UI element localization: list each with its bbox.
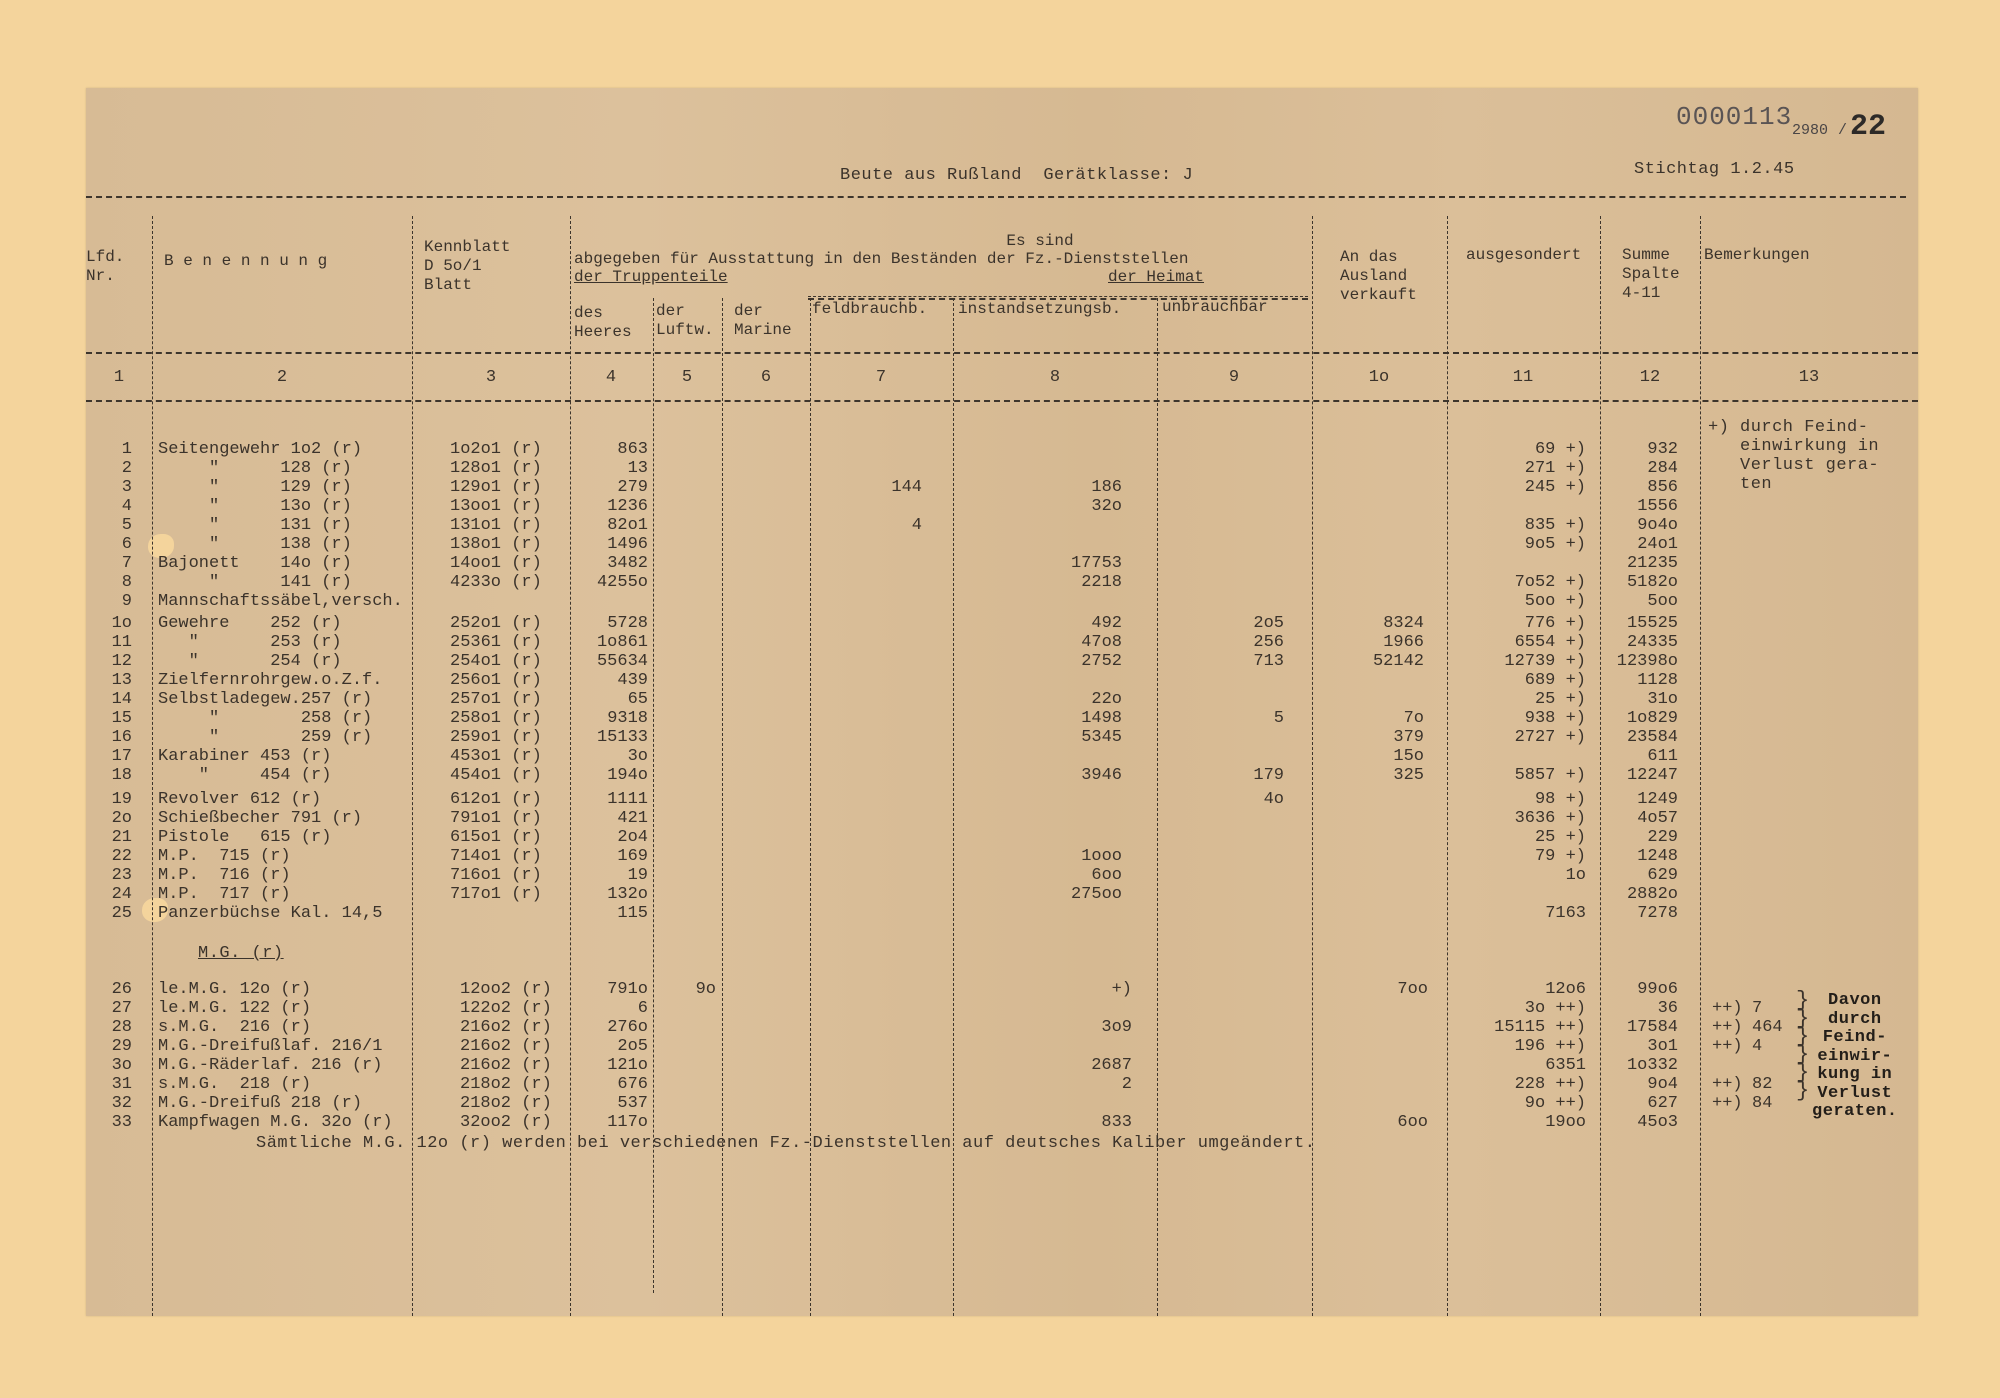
- qty-heeres: 6: [572, 999, 648, 1018]
- qty-heeres: 791o: [572, 980, 648, 999]
- row-number: 3o: [92, 1056, 132, 1075]
- qty-ausgesondert: 835 +): [1450, 516, 1586, 535]
- header-summe: Summe Spalte 4-11: [1622, 246, 1680, 303]
- column-number: 5: [657, 368, 717, 387]
- qty-ausgesondert: 228 ++): [1450, 1075, 1586, 1094]
- row-number: 31: [92, 1075, 132, 1094]
- item-name: Seitengewehr 1o2 (r): [158, 440, 362, 459]
- item-name: " 138 (r): [158, 535, 352, 554]
- row-number: 8: [92, 573, 132, 592]
- qty-unbrauchbar: 4o: [1160, 790, 1284, 809]
- qty-ausgesondert: 689 +): [1450, 671, 1586, 690]
- col-divider: [810, 298, 811, 1316]
- header-ausgesondert: ausgesondert: [1466, 246, 1581, 265]
- qty-ausgesondert: 79 +): [1450, 847, 1586, 866]
- qty-summe: 21235: [1602, 554, 1678, 573]
- row-number: 1: [92, 440, 132, 459]
- qty-instandsetzung: 275oo: [956, 885, 1122, 904]
- qty-heeres: 169: [572, 847, 648, 866]
- row-number: 23: [92, 866, 132, 885]
- qty-summe: 17584: [1602, 1018, 1678, 1037]
- row-number: 15: [92, 709, 132, 728]
- qty-heeres: 1496: [572, 535, 648, 554]
- remark-single-plus-text: durch Feind- einwirkung in Verlust gera-…: [1740, 418, 1879, 494]
- qty-instandsetzung: 492: [956, 614, 1122, 633]
- sheet-reference: 2980: [1792, 122, 1828, 139]
- qty-heeres: 4255o: [572, 573, 648, 592]
- qty-instandsetzung: 17753: [956, 554, 1122, 573]
- qty-summe: 23584: [1602, 728, 1678, 747]
- column-number: 13: [1779, 368, 1839, 387]
- kennblatt-ref: 12oo2 (r): [460, 980, 552, 999]
- qty-luftwaffe: 9o: [656, 980, 716, 999]
- qty-heeres: 117o: [572, 1113, 648, 1132]
- qty-instandsetzung: 2218: [956, 573, 1122, 592]
- qty-instandsetzung: 47o8: [956, 633, 1122, 652]
- qty-ausgesondert: 9o ++): [1450, 1094, 1586, 1113]
- qty-ausgesondert: 776 +): [1450, 614, 1586, 633]
- row-number: 9: [92, 592, 132, 611]
- qty-instandsetzung: 3o9: [956, 1018, 1132, 1037]
- header-group-title: Es sind: [900, 232, 1180, 251]
- remark-count: 84: [1752, 1094, 1772, 1113]
- item-name: Mannschaftssäbel,versch.: [158, 592, 403, 611]
- remark-brace: } } } } } }: [1796, 992, 1809, 1100]
- qty-ausland: 52142: [1314, 652, 1424, 671]
- qty-summe: 3o1: [1602, 1037, 1678, 1056]
- qty-instandsetzung: 1ooo: [956, 847, 1122, 866]
- qty-summe: 932: [1602, 440, 1678, 459]
- qty-ausgesondert: 7163: [1450, 904, 1586, 923]
- row-number: 27: [92, 999, 132, 1018]
- qty-ausgesondert: 938 +): [1450, 709, 1586, 728]
- remark-marker: ++): [1712, 999, 1743, 1018]
- qty-heeres: 1236: [572, 497, 648, 516]
- qty-instandsetzung: 833: [956, 1113, 1132, 1132]
- header-heeres: des Heeres: [574, 304, 632, 342]
- column-number: 1: [89, 368, 149, 387]
- remark-count: 464: [1752, 1018, 1783, 1037]
- qty-summe: 5182o: [1602, 573, 1678, 592]
- qty-ausland: 325: [1314, 766, 1424, 785]
- header-instandsetzung: instandsetzungsb.: [958, 300, 1121, 319]
- qty-heeres: 3o: [572, 747, 648, 766]
- qty-ausland: 7o: [1314, 709, 1424, 728]
- kennblatt-ref: 14oo1 (r): [450, 554, 542, 573]
- kennblatt-ref: 25361 (r): [450, 633, 542, 652]
- qty-instandsetzung: 1498: [956, 709, 1122, 728]
- item-name: Panzerbüchse Kal. 14,5: [158, 904, 382, 923]
- item-name: Pistole 615 (r): [158, 828, 331, 847]
- header-bemerkungen: Bemerkungen: [1704, 246, 1810, 265]
- qty-ausgesondert: 9o5 +): [1450, 535, 1586, 554]
- row-number: 21: [92, 828, 132, 847]
- qty-ausgesondert: 2727 +): [1450, 728, 1586, 747]
- row-number: 11: [92, 633, 132, 652]
- row-number: 22: [92, 847, 132, 866]
- rule-numbers-bottom: [86, 400, 1918, 402]
- item-name: M.P. 717 (r): [158, 885, 291, 904]
- col-divider: [1157, 298, 1158, 1316]
- qty-ausgesondert: 12739 +): [1450, 652, 1586, 671]
- kennblatt-ref: 131o1 (r): [450, 516, 542, 535]
- qty-summe: 12247: [1602, 766, 1678, 785]
- qty-summe: 9o4o: [1602, 516, 1678, 535]
- qty-heeres: 13: [572, 459, 648, 478]
- qty-instandsetzung: 3946: [956, 766, 1122, 785]
- row-number: 18: [92, 766, 132, 785]
- col-divider: [953, 298, 954, 1316]
- qty-ausland: 379: [1314, 728, 1424, 747]
- qty-heeres: 1o861: [572, 633, 648, 652]
- qty-heeres: 279: [572, 478, 648, 497]
- remark-count: 4: [1752, 1037, 1762, 1056]
- qty-ausgesondert: 3636 +): [1450, 809, 1586, 828]
- qty-ausgesondert: 271 +): [1450, 459, 1586, 478]
- sheet-slash: /: [1838, 122, 1847, 139]
- qty-summe: 31o: [1602, 690, 1678, 709]
- row-number: 26: [92, 980, 132, 999]
- qty-unbrauchbar: 713: [1160, 652, 1284, 671]
- qty-instandsetzung: 32o: [956, 497, 1122, 516]
- kennblatt-ref: 254o1 (r): [450, 652, 542, 671]
- item-name: " 454 (r): [158, 766, 331, 785]
- column-number: 3: [461, 368, 521, 387]
- column-number: 12: [1620, 368, 1680, 387]
- qty-summe: 7278: [1602, 904, 1678, 923]
- qty-ausgesondert: 15115 ++): [1450, 1018, 1586, 1037]
- kennblatt-ref: 129o1 (r): [450, 478, 542, 497]
- qty-heeres: 421: [572, 809, 648, 828]
- row-number: 1o: [92, 614, 132, 633]
- kennblatt-ref: 122o2 (r): [460, 999, 552, 1018]
- qty-ausgesondert: 3o ++): [1450, 999, 1586, 1018]
- header-ausland: An das Ausland verkauft: [1340, 248, 1417, 305]
- row-number: 2o: [92, 809, 132, 828]
- qty-heeres: 65: [572, 690, 648, 709]
- kennblatt-ref: 791o1 (r): [450, 809, 542, 828]
- item-name: " 129 (r): [158, 478, 352, 497]
- rule-header-bottom: [86, 352, 1918, 354]
- item-name: M.G.-Räderlaf. 216 (r): [158, 1056, 382, 1075]
- remark-count: 7: [1752, 999, 1762, 1018]
- header-kennblatt: Kennblatt D 5o/1 Blatt: [424, 238, 510, 295]
- remark-marker: ++): [1712, 1037, 1743, 1056]
- remark-double-plus-text: Davon durch Feind- einwir- kung in Verlu…: [1812, 992, 1898, 1122]
- qty-heeres: 121o: [572, 1056, 648, 1075]
- row-number: 29: [92, 1037, 132, 1056]
- item-name: M.P. 716 (r): [158, 866, 291, 885]
- row-number: 7: [92, 554, 132, 573]
- qty-heeres: 5728: [572, 614, 648, 633]
- qty-summe: 36: [1602, 999, 1678, 1018]
- qty-ausgesondert: 6351: [1450, 1056, 1586, 1075]
- item-name: " 13o (r): [158, 497, 352, 516]
- row-number: 28: [92, 1018, 132, 1037]
- kennblatt-ref: 218o2 (r): [460, 1094, 552, 1113]
- qty-heeres: 439: [572, 671, 648, 690]
- column-number: 6: [736, 368, 796, 387]
- row-number: 5: [92, 516, 132, 535]
- item-name: " 141 (r): [158, 573, 352, 592]
- kennblatt-ref: 259o1 (r): [450, 728, 542, 747]
- remark-count: 82: [1752, 1075, 1772, 1094]
- qty-summe: 627: [1602, 1094, 1678, 1113]
- qty-ausland: 15o: [1314, 747, 1424, 766]
- item-name: Revolver 612 (r): [158, 790, 321, 809]
- kennblatt-ref: 714o1 (r): [450, 847, 542, 866]
- qty-ausgesondert: 5857 +): [1450, 766, 1586, 785]
- qty-heeres: 15133: [572, 728, 648, 747]
- kennblatt-ref: 1o2o1 (r): [450, 440, 542, 459]
- item-name: Zielfernrohrgew.o.Z.f.: [158, 671, 382, 690]
- row-number: 25: [92, 904, 132, 923]
- qty-summe: 99o6: [1602, 980, 1678, 999]
- row-number: 4: [92, 497, 132, 516]
- column-number: 8: [1025, 368, 1085, 387]
- column-number: 1o: [1349, 368, 1409, 387]
- kennblatt-ref: 716o1 (r): [450, 866, 542, 885]
- col-divider: [1447, 216, 1448, 1316]
- row-number: 17: [92, 747, 132, 766]
- kennblatt-ref: 13oo1 (r): [450, 497, 542, 516]
- qty-summe: 284: [1602, 459, 1678, 478]
- kennblatt-ref: 453o1 (r): [450, 747, 542, 766]
- remark-single-plus-marker: +): [1708, 418, 1729, 437]
- qty-ausgesondert: 5oo +): [1450, 592, 1586, 611]
- qty-heeres: 115: [572, 904, 648, 923]
- qty-ausgesondert: 98 +): [1450, 790, 1586, 809]
- qty-summe: 2882o: [1602, 885, 1678, 904]
- qty-ausgesondert: 245 +): [1450, 478, 1586, 497]
- qty-summe: 629: [1602, 866, 1678, 885]
- item-name: " 131 (r): [158, 516, 352, 535]
- item-name: " 258 (r): [158, 709, 372, 728]
- row-number: 6: [92, 535, 132, 554]
- item-name: Selbstladegew.257 (r): [158, 690, 372, 709]
- item-name: Kampfwagen M.G. 32o (r): [158, 1113, 393, 1132]
- kennblatt-ref: 612o1 (r): [450, 790, 542, 809]
- row-number: 13: [92, 671, 132, 690]
- qty-unbrauchbar: 179: [1160, 766, 1284, 785]
- item-name: Karabiner 453 (r): [158, 747, 331, 766]
- qty-heeres: 676: [572, 1075, 648, 1094]
- rule-group-underline: [808, 296, 1308, 297]
- reference-date: Stichtag 1.2.45: [1634, 160, 1795, 179]
- item-name: M.G.-Dreifußlaf. 216/1: [158, 1037, 382, 1056]
- row-number: 32: [92, 1094, 132, 1113]
- qty-heeres: 132o: [572, 885, 648, 904]
- col-divider: [1700, 216, 1701, 1316]
- kennblatt-ref: 454o1 (r): [450, 766, 542, 785]
- column-number: 9: [1204, 368, 1264, 387]
- qty-ausland: 7oo: [1314, 980, 1428, 999]
- item-name: " 254 (r): [158, 652, 342, 671]
- header-lfd-nr: Lfd. Nr.: [86, 248, 124, 286]
- kennblatt-ref: 717o1 (r): [450, 885, 542, 904]
- qty-instandsetzung: 6oo: [956, 866, 1122, 885]
- header-marine: der Marine: [734, 302, 792, 340]
- item-name: s.M.G. 216 (r): [158, 1018, 311, 1037]
- header-unbrauchbar: unbrauchbar: [1162, 298, 1268, 317]
- qty-instandsetzung: 22o: [956, 690, 1122, 709]
- qty-unbrauchbar: 5: [1160, 709, 1284, 728]
- kennblatt-ref: 615o1 (r): [450, 828, 542, 847]
- col-divider: [722, 298, 723, 1316]
- column-number: 2: [252, 368, 312, 387]
- sheet-page-number: 22: [1850, 110, 1886, 144]
- qty-heeres: 9318: [572, 709, 648, 728]
- qty-heeres: 863: [572, 440, 648, 459]
- rule-top: [86, 196, 1906, 198]
- header-heimat: der Heimat: [1108, 268, 1204, 287]
- item-name: M.P. 715 (r): [158, 847, 291, 866]
- qty-summe: 229: [1602, 828, 1678, 847]
- row-number: 33: [92, 1113, 132, 1132]
- column-number: 11: [1493, 368, 1553, 387]
- row-number: 14: [92, 690, 132, 709]
- header-feldbrauchbar: feldbrauchb.: [812, 300, 927, 319]
- qty-instandsetzung: 2687: [956, 1056, 1132, 1075]
- kennblatt-ref: 4233o (r): [450, 573, 542, 592]
- qty-ausgesondert: 1o: [1450, 866, 1586, 885]
- kennblatt-ref: 252o1 (r): [450, 614, 542, 633]
- kennblatt-ref: 216o2 (r): [460, 1056, 552, 1075]
- qty-heeres: 537: [572, 1094, 648, 1113]
- qty-summe: 45o3: [1602, 1113, 1678, 1132]
- qty-summe: 856: [1602, 478, 1678, 497]
- row-number: 3: [92, 478, 132, 497]
- remark-marker: ++): [1712, 1018, 1743, 1037]
- item-name: " 259 (r): [158, 728, 372, 747]
- qty-ausgesondert: 7o52 +): [1450, 573, 1586, 592]
- qty-summe: 1248: [1602, 847, 1678, 866]
- qty-ausland: 1966: [1314, 633, 1424, 652]
- qty-unbrauchbar: 2o5: [1160, 614, 1284, 633]
- qty-instandsetzung: 186: [956, 478, 1122, 497]
- qty-instandsetzung: 2752: [956, 652, 1122, 671]
- qty-instandsetzung: +): [956, 980, 1132, 999]
- qty-summe: 1o829: [1602, 709, 1678, 728]
- header-luftwaffe: der Luftw.: [656, 302, 714, 340]
- kennblatt-ref: 128o1 (r): [450, 459, 542, 478]
- qty-heeres: 19: [572, 866, 648, 885]
- qty-heeres: 276o: [572, 1018, 648, 1037]
- remark-marker: ++): [1712, 1094, 1743, 1113]
- qty-heeres: 3482: [572, 554, 648, 573]
- qty-summe: 24335: [1602, 633, 1678, 652]
- item-name: Schießbecher 791 (r): [158, 809, 362, 828]
- qty-summe: 1556: [1602, 497, 1678, 516]
- remark-marker: ++): [1712, 1075, 1743, 1094]
- qty-ausgesondert: 196 ++): [1450, 1037, 1586, 1056]
- qty-heeres: 2o5: [572, 1037, 648, 1056]
- qty-heeres: 2o4: [572, 828, 648, 847]
- qty-ausgesondert: 6554 +): [1450, 633, 1586, 652]
- item-name: le.M.G. 122 (r): [158, 999, 311, 1018]
- qty-ausgesondert: 25 +): [1450, 690, 1586, 709]
- qty-summe: 1128: [1602, 671, 1678, 690]
- header-group-subtitle: abgegeben für Ausstattung in den Beständ…: [574, 250, 1189, 269]
- qty-unbrauchbar: 256: [1160, 633, 1284, 652]
- qty-heeres: 1111: [572, 790, 648, 809]
- row-number: 24: [92, 885, 132, 904]
- column-number: 7: [851, 368, 911, 387]
- qty-heeres: 55634: [572, 652, 648, 671]
- item-name: Bajonett 14o (r): [158, 554, 352, 573]
- header-truppenteile: der Truppenteile: [574, 268, 728, 287]
- qty-summe: 9o4: [1602, 1075, 1678, 1094]
- row-number: 12: [92, 652, 132, 671]
- kennblatt-ref: 257o1 (r): [450, 690, 542, 709]
- qty-ausgesondert: 19oo: [1450, 1113, 1586, 1132]
- qty-ausland: 6oo: [1314, 1113, 1428, 1132]
- qty-heeres: 194o: [572, 766, 648, 785]
- qty-summe: 4o57: [1602, 809, 1678, 828]
- qty-summe: 12398o: [1602, 652, 1678, 671]
- qty-summe: 611: [1602, 747, 1678, 766]
- kennblatt-ref: 216o2 (r): [460, 1037, 552, 1056]
- col-divider: [152, 216, 153, 1316]
- qty-summe: 1o332: [1602, 1056, 1678, 1075]
- qty-ausgesondert: 12o6: [1450, 980, 1586, 999]
- item-name: Gewehre 252 (r): [158, 614, 342, 633]
- row-number: 16: [92, 728, 132, 747]
- column-number: 4: [581, 368, 641, 387]
- mg-section-label: M.G. (r): [198, 944, 284, 963]
- document-title: Beute aus Rußland Gerätklasse: J: [840, 166, 1193, 185]
- qty-feldbrauchbar: 4: [812, 516, 922, 535]
- qty-instandsetzung: 2: [956, 1075, 1132, 1094]
- qty-summe: 24o1: [1602, 535, 1678, 554]
- item-name: M.G.-Dreifuß 218 (r): [158, 1094, 362, 1113]
- header-benennung: B e n e n n u n g: [164, 252, 327, 271]
- qty-ausgesondert: 25 +): [1450, 828, 1586, 847]
- kennblatt-ref: 138o1 (r): [450, 535, 542, 554]
- qty-feldbrauchbar: 144: [812, 478, 922, 497]
- item-name: " 128 (r): [158, 459, 352, 478]
- qty-summe: 1249: [1602, 790, 1678, 809]
- qty-summe: 15525: [1602, 614, 1678, 633]
- qty-ausland: 8324: [1314, 614, 1424, 633]
- footnote: Sämtliche M.G. 12o (r) werden bei versch…: [256, 1134, 1315, 1153]
- col-divider: [1600, 216, 1601, 1316]
- qty-heeres: 82o1: [572, 516, 648, 535]
- qty-summe: 5oo: [1602, 592, 1678, 611]
- row-number: 19: [92, 790, 132, 809]
- item-name: le.M.G. 12o (r): [158, 980, 311, 999]
- item-name: s.M.G. 218 (r): [158, 1075, 311, 1094]
- kennblatt-ref: 216o2 (r): [460, 1018, 552, 1037]
- kennblatt-ref: 256o1 (r): [450, 671, 542, 690]
- kennblatt-ref: 258o1 (r): [450, 709, 542, 728]
- archive-number-stamp: 0000113: [1676, 102, 1792, 132]
- kennblatt-ref: 32oo2 (r): [460, 1113, 552, 1132]
- row-number: 2: [92, 459, 132, 478]
- qty-ausgesondert: 69 +): [1450, 440, 1586, 459]
- kennblatt-ref: 218o2 (r): [460, 1075, 552, 1094]
- qty-instandsetzung: 5345: [956, 728, 1122, 747]
- item-name: " 253 (r): [158, 633, 342, 652]
